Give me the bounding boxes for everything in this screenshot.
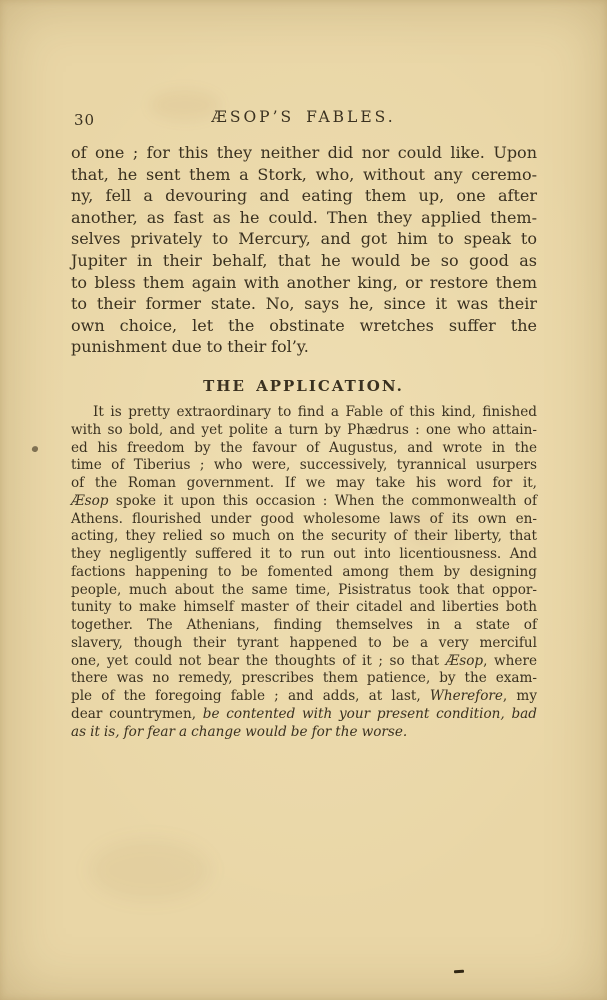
text-segment: one, yet could not bear the thoughts of … — [71, 653, 446, 669]
text-line: punishment due to their fol’y. — [71, 336, 537, 358]
text-segment: , where — [483, 653, 537, 669]
text-segment: selves privately to Mercury, and got him… — [71, 229, 537, 248]
text-line: there was no remedy, prescribes them pat… — [71, 670, 537, 688]
text-segment: spoke it upon this occasion : When the c… — [108, 493, 537, 509]
ink-speck — [31, 445, 39, 453]
text-segment: , my — [503, 688, 537, 704]
ink-dash — [454, 970, 464, 974]
book-page: 30 ÆSOP’S FABLES. of one ; for this they… — [0, 0, 607, 1000]
text-line: dear countrymen, be contented with your … — [71, 706, 537, 724]
text-line: Athens. flourished under good wholesome … — [71, 511, 537, 529]
italic-text: be contented with your present condition… — [203, 706, 537, 722]
text-line: another, as fast as he could. Then they … — [71, 207, 537, 229]
text-segment: factions happening to be fomented among … — [71, 564, 537, 580]
text-line: they negligently suffered it to run out … — [71, 546, 537, 564]
text-segment: tunity to make himself master of their c… — [71, 599, 537, 615]
text-segment: with so bold, and yet polite a turn by P… — [71, 422, 537, 438]
text-line: selves privately to Mercury, and got him… — [71, 228, 537, 250]
text-segment: own choice, let the obstinate wretches s… — [71, 316, 537, 335]
text-segment: Athens. flourished under good wholesome … — [71, 511, 537, 527]
text-line: ple of the foregoing fable ; and adds, a… — [71, 688, 537, 706]
text-segment: punishment due to their fol’y. — [71, 337, 309, 356]
italic-text: Æsop — [71, 493, 108, 509]
text-segment: dear countrymen, — [71, 706, 203, 722]
running-title: ÆSOP’S FABLES. — [0, 108, 607, 126]
text-line: factions happening to be fomented among … — [71, 564, 537, 582]
text-segment: to bless them again with another king, o… — [71, 273, 537, 292]
text-line: acting, they relied so much on the secur… — [71, 528, 537, 546]
text-line: as it is, for fear a change would be for… — [71, 724, 537, 742]
fable-paragraph: of one ; for this they neither did nor c… — [71, 142, 537, 358]
paper-stain — [90, 840, 210, 900]
text-segment: acting, they relied so much on the secur… — [71, 528, 537, 544]
text-segment: of one ; for this they neither did nor c… — [71, 143, 537, 162]
text-segment: together. The Athenians, finding themsel… — [71, 617, 537, 633]
page-header: 30 ÆSOP’S FABLES. — [0, 108, 607, 132]
text-segment: they negligently suffered it to run out … — [71, 546, 537, 562]
text-segment: ple of the foregoing fable ; and adds, a… — [71, 688, 430, 704]
text-segment: there was no remedy, prescribes them pat… — [71, 670, 537, 686]
text-segment: of the Roman government. If we may take … — [71, 475, 537, 491]
text-line: that, he sent them a Stork, who, without… — [71, 164, 537, 186]
text-line: of one ; for this they neither did nor c… — [71, 142, 537, 164]
text-line: of the Roman government. If we may take … — [71, 475, 537, 493]
text-segment: It is pretty extraordinary to find a Fab… — [93, 404, 537, 420]
text-line: one, yet could not bear the thoughts of … — [71, 653, 537, 671]
text-line: to bless them again with another king, o… — [71, 272, 537, 294]
text-segment: ed his freedom by the favour of Augustus… — [71, 440, 537, 456]
text-line: ed his freedom by the favour of Augustus… — [71, 440, 537, 458]
text-line: together. The Athenians, finding themsel… — [71, 617, 537, 635]
text-line: It is pretty extraordinary to find a Fab… — [71, 404, 537, 422]
text-line: with so bold, and yet polite a turn by P… — [71, 422, 537, 440]
text-segment: slavery, though their tyrant happened to… — [71, 635, 537, 651]
text-segment: ny, fell a devouring and eating them up,… — [71, 186, 537, 205]
text-line: ny, fell a devouring and eating them up,… — [71, 185, 537, 207]
text-segment: to their former state. No, says he, sinc… — [71, 294, 537, 313]
italic-text: as it is, for fear a change would be for… — [71, 724, 407, 740]
text-line: tunity to make himself master of their c… — [71, 599, 537, 617]
text-line: time of Tiberius ; who were, successivel… — [71, 457, 537, 475]
text-line: Jupiter in their behalf, that he would b… — [71, 250, 537, 272]
application-heading: THE APPLICATION. — [0, 377, 607, 395]
text-segment: another, as fast as he could. Then they … — [71, 208, 537, 227]
text-segment: Jupiter in their behalf, that he would b… — [71, 251, 537, 270]
text-segment: people, much about the same time, Pisist… — [71, 582, 537, 598]
italic-text: Wherefore — [430, 688, 503, 704]
italic-text: Æsop — [446, 653, 483, 669]
text-line: to their former state. No, says he, sinc… — [71, 293, 537, 315]
text-line: own choice, let the obstinate wretches s… — [71, 315, 537, 337]
text-line: slavery, though their tyrant happened to… — [71, 635, 537, 653]
text-segment: that, he sent them a Stork, who, without… — [71, 165, 537, 184]
text-line: people, much about the same time, Pisist… — [71, 582, 537, 600]
application-paragraph: It is pretty extraordinary to find a Fab… — [71, 404, 537, 741]
text-segment: time of Tiberius ; who were, successivel… — [71, 457, 537, 473]
text-line: Æsop spoke it upon this occasion : When … — [71, 493, 537, 511]
